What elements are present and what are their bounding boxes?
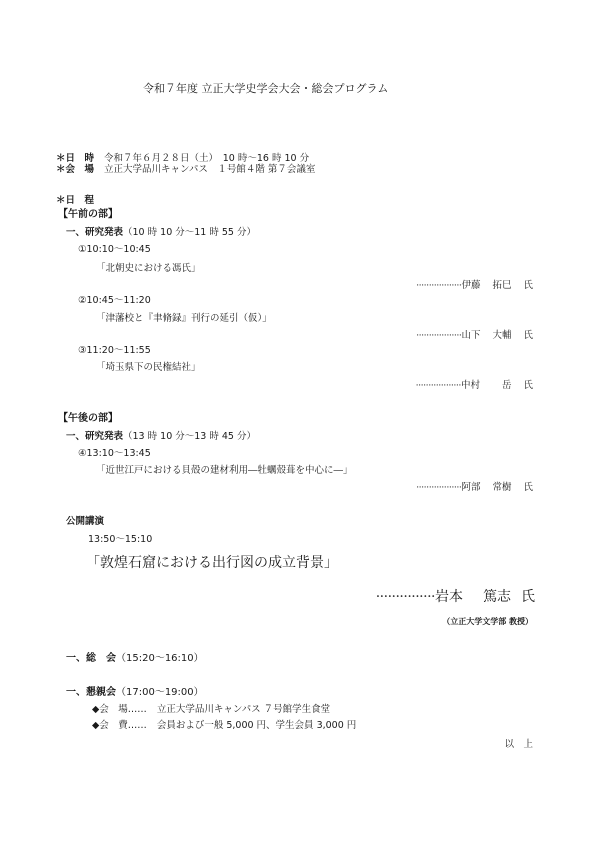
dotted-leader: ··············· [376,590,435,604]
talk-slot: ①10:10〜10:45 [78,245,151,255]
speaker-family-name: 阿部 [461,483,480,493]
venue-value: 立正大学品川キャンパス １号館４階 第７会議室 [104,164,315,175]
morning-session-time: （10 時 10 分〜11 時 55 分） [123,227,256,238]
speaker-family-name: 中村 [461,381,480,391]
venue-line: ＊会 場立正大学品川キャンパス １号館４階 第７会議室 [56,165,315,175]
reception-venue-value: 立正大学品川キャンパス ７号館学生食堂 [157,704,330,715]
morning-heading: 【午前の部】 [58,210,118,220]
public-lecture-title: 「敦煌石窟における出行図の成立背景」 [86,556,338,570]
public-lecture-time: 13:50〜15:10 [88,535,152,545]
talk-slot: ③11:20〜11:55 [78,346,151,356]
talk-speaker: ··················中村岳氏 [416,381,533,391]
reception: 一、懇親会（17:00〜19:00） [66,688,204,698]
reception-fee-label: ◆会 費…… [92,720,147,731]
dotted-leader: ·················· [416,331,461,341]
speaker-given-name: 常樹 [492,483,511,493]
talk-title: 「北朝史における馮氏」 [96,264,201,274]
reception-fee-value: 会員および一般 5,000 円、学生会員 3,000 円 [157,720,356,731]
date-line: ＊日 時令和７年６月２８日（土） 10 時〜16 時 10 分 [56,154,309,164]
closing-mark: 以 上 [504,740,533,750]
reception-fee: ◆会 費……会員および一般 5,000 円、学生会員 3,000 円 [92,721,356,731]
speaker-family-name: 山下 [461,331,480,341]
honorific: 氏 [523,331,533,341]
talk-speaker: ··················山下大輔氏 [416,331,533,341]
afternoon-session: 一、研究発表（13 時 10 分〜13 時 45 分） [66,432,256,442]
honorific: 氏 [523,381,533,391]
morning-session-title: 一、研究発表 [66,227,123,238]
talk-title: 「津藩校と『聿脩録』刊行の延引（仮）」 [96,314,272,324]
dotted-leader: ·················· [416,281,461,291]
public-lecture-speaker: ···············岩本篤志氏 [376,590,535,604]
afternoon-session-title: 一、研究発表 [66,431,123,442]
talk-slot: ②10:45〜11:20 [78,296,151,306]
talk-title: 「近世江戸における貝殻の建材利用―牡蠣殻葺を中心に―」 [96,466,353,476]
honorific: 氏 [521,590,535,604]
dotted-leader: ·················· [416,381,461,391]
honorific: 氏 [523,483,533,493]
schedule-heading: ＊日 程 [56,196,94,206]
dotted-leader: ·················· [416,483,461,493]
reception-venue: ◆会 場……立正大学品川キャンパス ７号館学生食堂 [92,705,330,715]
reception-venue-label: ◆会 場…… [92,704,147,715]
date-value: 令和７年６月２８日（土） 10 時〜16 時 10 分 [104,153,309,164]
talk-slot: ④13:10〜13:45 [78,449,151,459]
afternoon-session-time: （13 時 10 分〜13 時 45 分） [123,431,256,442]
speaker-given-name: 拓巳 [492,281,511,291]
public-lecture-heading: 公開講演 [66,517,104,527]
speaker-given-name: 岳 [502,381,512,391]
venue-label: ＊会 場 [56,164,94,175]
general-meeting-time: （15:20〜16:10） [116,653,204,664]
general-meeting: 一、総 会（15:20〜16:10） [66,654,204,664]
date-label: ＊日 時 [56,153,94,164]
general-meeting-label: 一、総 会 [66,653,116,664]
talk-title: 「埼玉県下の民権結社」 [96,363,201,373]
honorific: 氏 [523,281,533,291]
talk-speaker: ··················伊藤拓巳氏 [416,281,533,291]
afternoon-heading: 【午後の部】 [58,414,118,424]
talk-speaker: ··················阿部常樹氏 [416,483,533,493]
speaker-given-name: 篤志 [483,590,511,604]
reception-time: （17:00〜19:00） [116,687,204,698]
speaker-affiliation: （立正大学文学部 教授） [442,618,533,626]
speaker-family-name: 伊藤 [461,281,480,291]
morning-session: 一、研究発表（10 時 10 分〜11 時 55 分） [66,228,256,238]
page-title: 令和７年度 立正大学史学会大会・総会プログラム [143,83,388,94]
speaker-family-name: 岩本 [435,590,463,604]
speaker-given-name: 大輔 [492,331,511,341]
reception-label: 一、懇親会 [66,687,116,698]
